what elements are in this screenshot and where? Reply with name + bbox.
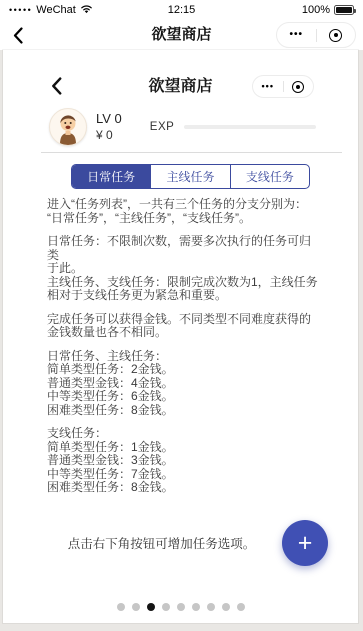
level-label: LV 0 xyxy=(96,111,122,128)
mini-program-nav-bar: 欲望商店 ••• xyxy=(0,20,363,50)
battery-icon xyxy=(334,5,354,15)
embedded-capsule-menu: ••• xyxy=(252,75,314,98)
profile-divider xyxy=(41,152,342,153)
tutorial-slide[interactable]: 欲望商店 ••• xyxy=(3,50,358,623)
pagination-dot[interactable] xyxy=(222,603,230,611)
battery-percent: 100% xyxy=(302,4,330,16)
embedded-more-options-button[interactable]: ••• xyxy=(253,82,283,91)
wifi-icon xyxy=(80,1,93,19)
exp-progress-bar xyxy=(184,125,316,129)
embedded-close-button[interactable] xyxy=(284,81,314,93)
capsule-menu: ••• xyxy=(276,22,356,48)
status-bar: ••••• WeChat 12:15 100% xyxy=(0,0,363,20)
pagination-dots xyxy=(3,603,358,611)
embedded-screenshot-header: 欲望商店 ••• xyxy=(3,72,358,102)
pagination-dot[interactable] xyxy=(192,603,200,611)
battery-fill xyxy=(336,7,352,13)
pagination-dot[interactable] xyxy=(237,603,245,611)
money-label: ¥ 0 xyxy=(96,128,122,144)
paragraph-daily-main-rewards: 日常任务、主线任务： 简单类型任务：2金钱。 普通类型金钱：4金钱。 中等类型任… xyxy=(47,350,322,418)
tab-side-tasks[interactable]: 支线任务 xyxy=(230,165,309,188)
pagination-dot[interactable] xyxy=(177,603,185,611)
phone-screen: ••••• WeChat 12:15 100% 欲望商店 • xyxy=(0,0,363,631)
target-circle-icon xyxy=(329,29,342,42)
tab-main-tasks[interactable]: 主线任务 xyxy=(150,165,229,188)
pagination-dot[interactable] xyxy=(207,603,215,611)
fab-hint-text: 点击右下角按钮可增加任务选项。 xyxy=(47,534,282,552)
clock: 12:15 xyxy=(141,4,222,16)
tutorial-text: 进入“任务列表”，一共有三个任务的分支分别为： “日常任务”，“主线任务”，“支… xyxy=(3,198,358,495)
pagination-dot[interactable] xyxy=(132,603,140,611)
exp-label: EXP xyxy=(150,121,175,133)
close-minimize-button[interactable] xyxy=(317,29,356,42)
carrier-label: WeChat xyxy=(36,4,76,16)
battery-nub xyxy=(354,9,356,13)
paragraph-rewards: 完成任务可以获得金钱。不同类型不同难度获得的 金钱数量也各不相同。 xyxy=(47,313,322,340)
signal-strength-icon: ••••• xyxy=(9,6,32,15)
paragraph-intro: 进入“任务列表”，一共有三个任务的分支分别为： “日常任务”，“主线任务”，“支… xyxy=(47,198,322,225)
user-profile-row: LV 0 ¥ 0 EXP xyxy=(49,107,358,147)
more-options-button[interactable]: ••• xyxy=(277,30,316,40)
task-type-tabs: 日常任务 主线任务 支线任务 xyxy=(71,164,310,189)
fab-row: 点击右下角按钮可增加任务选项。 + xyxy=(47,520,328,566)
pagination-dot[interactable] xyxy=(117,603,125,611)
embedded-target-circle-icon xyxy=(292,81,304,93)
plus-icon: + xyxy=(298,531,313,556)
paragraph-side-rewards: 支线任务： 简单类型任务：1金钱。 普通类型金钱：3金钱。 中等类型任务：7金钱… xyxy=(47,427,322,495)
avatar xyxy=(49,108,87,146)
pagination-dot[interactable] xyxy=(162,603,170,611)
status-right: 100% xyxy=(222,4,354,16)
paragraph-task-types: 日常任务：不限制次数，需要多次执行的任务可归类 于此。 主线任务、支线任务：限制… xyxy=(47,235,322,303)
tab-daily-tasks[interactable]: 日常任务 xyxy=(72,165,150,188)
pagination-dot[interactable] xyxy=(147,603,155,611)
status-left: ••••• WeChat xyxy=(9,1,141,19)
add-task-fab-button[interactable]: + xyxy=(282,520,328,566)
level-money-column: LV 0 ¥ 0 xyxy=(96,111,122,143)
